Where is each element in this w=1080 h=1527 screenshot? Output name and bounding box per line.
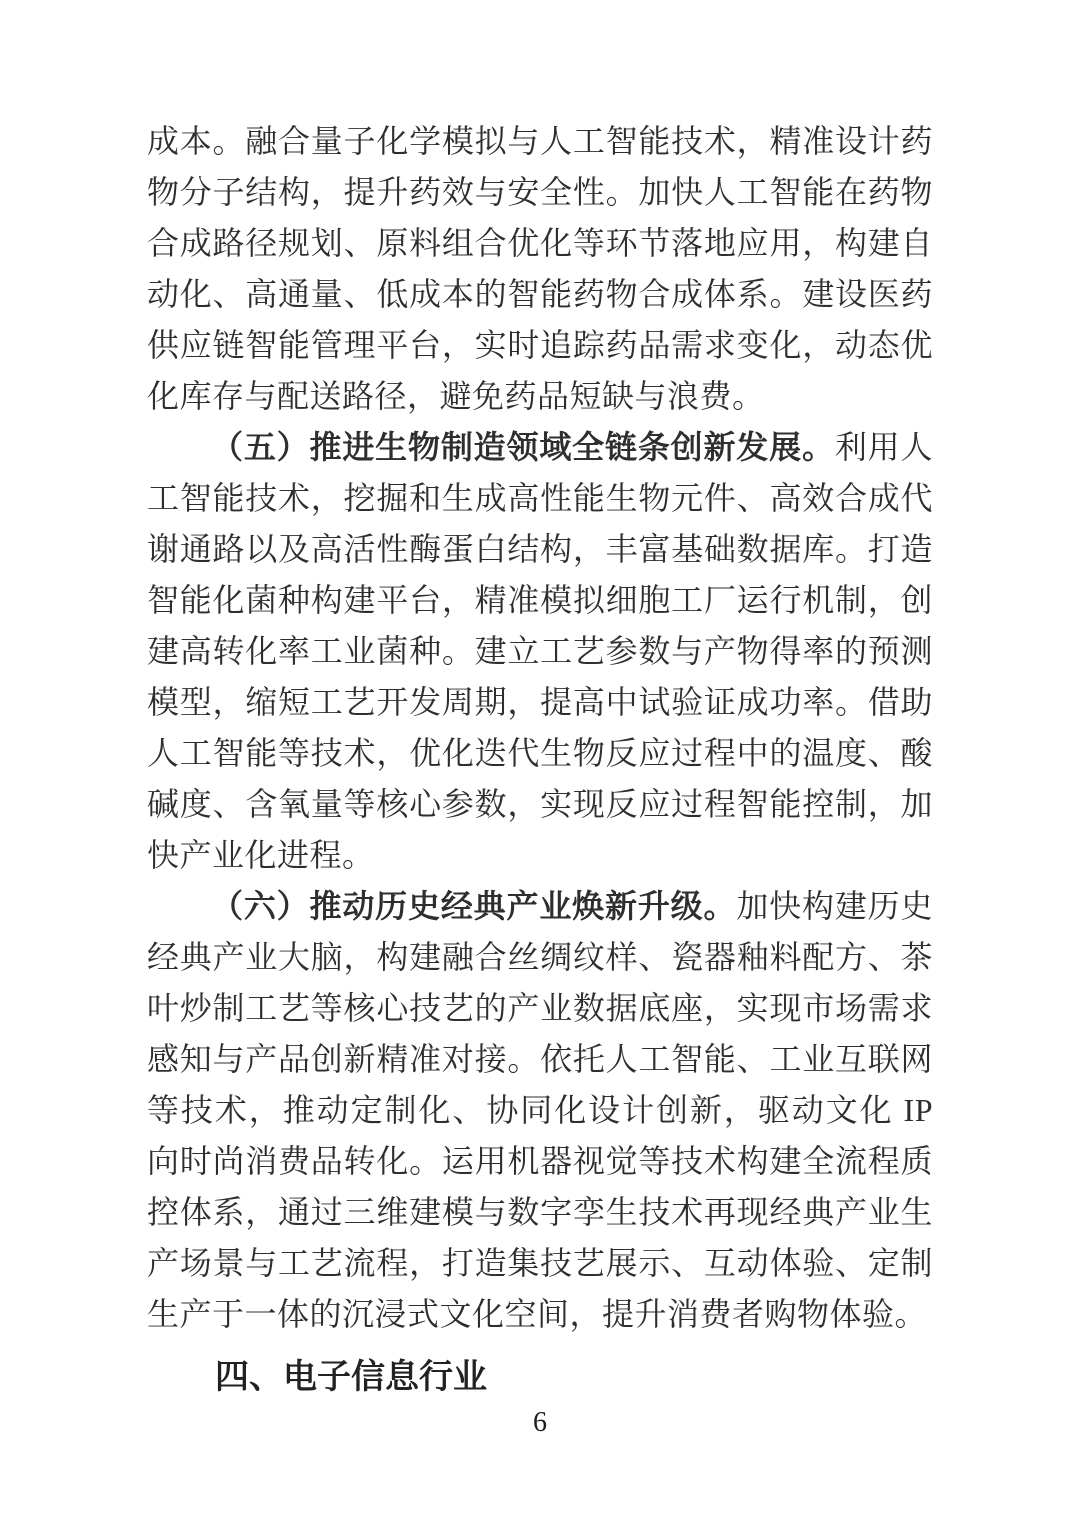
document-page: 成本。融合量子化学模拟与人工智能技术，精准设计药物分子结构，提升药效与安全性。加… (0, 0, 1080, 1527)
paragraph-text: 利用人工智能技术，挖掘和生成高性能生物元件、高效合成代谢通路以及高活性酶蛋白结构… (147, 429, 933, 873)
page-number: 6 (0, 1406, 1080, 1440)
paragraph-text: 加快构建历史经典产业大脑，构建融合丝绸纹样、瓷器釉料配方、茶叶炒制工艺等核心技艺… (147, 888, 933, 1332)
section-heading: 四、电子信息行业 (147, 1352, 933, 1403)
paragraph-item-5: （五）推进生物制造领域全链条创新发展。利用人工智能技术，挖掘和生成高性能生物元件… (147, 422, 933, 881)
paragraph-text: 成本。融合量子化学模拟与人工智能技术，精准设计药物分子结构，提升药效与安全性。加… (147, 123, 933, 414)
paragraph-lead: （六）推动历史经典产业焕新升级。 (211, 888, 736, 924)
paragraph-continuation: 成本。融合量子化学模拟与人工智能技术，精准设计药物分子结构，提升药效与安全性。加… (147, 116, 933, 422)
document-body: 成本。融合量子化学模拟与人工智能技术，精准设计药物分子结构，提升药效与安全性。加… (147, 116, 933, 1403)
paragraph-item-6: （六）推动历史经典产业焕新升级。加快构建历史经典产业大脑，构建融合丝绸纹样、瓷器… (147, 881, 933, 1340)
paragraph-lead: （五）推进生物制造领域全链条创新发展。 (211, 429, 835, 465)
